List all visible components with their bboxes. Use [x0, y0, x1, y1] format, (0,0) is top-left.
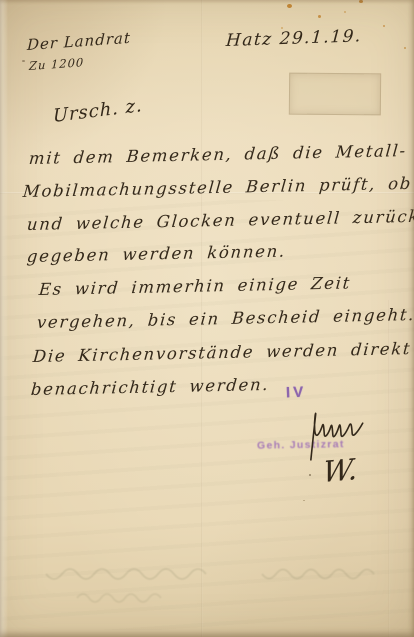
foxing-spot [359, 0, 363, 3]
foxing-spot [318, 15, 321, 18]
stamp-numeral: IV [286, 384, 307, 402]
file-number: Zu 1200 [29, 55, 85, 73]
body-line: und welche Glocken eventuell zurück- [26, 207, 414, 234]
docket-note: Ursch. z. [53, 95, 143, 127]
body-line: Die Kirchenvorstände werden direkt [32, 339, 412, 366]
foxing-spot [344, 11, 346, 13]
bleed-through-stamp-box [289, 73, 381, 116]
body-line: Es wird immerhin einige Zeit [38, 273, 352, 299]
ink-speck [309, 474, 311, 476]
scanned-letter-page: Der Landrat Zu 1200 Hatz 29.1.19. Ursch.… [0, 0, 414, 637]
bleed-through-writing [55, 586, 165, 606]
foxing-spot [287, 4, 292, 8]
body-line: mit dem Bemerken, daß die Metall- [28, 141, 407, 168]
foxing-spot [404, 47, 406, 49]
recipient-line: Der Landrat [27, 29, 132, 54]
body-line: benachrichtigt werden. [30, 375, 270, 399]
ink-speck [303, 500, 305, 501]
paper-left-edge [0, 0, 8, 637]
ink-speck [22, 60, 25, 62]
dateline: Hatz 29.1.19. [225, 26, 362, 51]
bleed-through-writing [238, 560, 378, 584]
body-line: Mobilmachungsstelle Berlin prüft, ob [22, 174, 413, 201]
bleed-through-writing [10, 558, 210, 584]
body-line: gegeben werden können. [26, 242, 287, 266]
signature-initial: W. [321, 452, 360, 490]
foxing-spot [383, 25, 385, 27]
body-line: vergehen, bis ein Bescheid eingeht. [36, 305, 414, 332]
